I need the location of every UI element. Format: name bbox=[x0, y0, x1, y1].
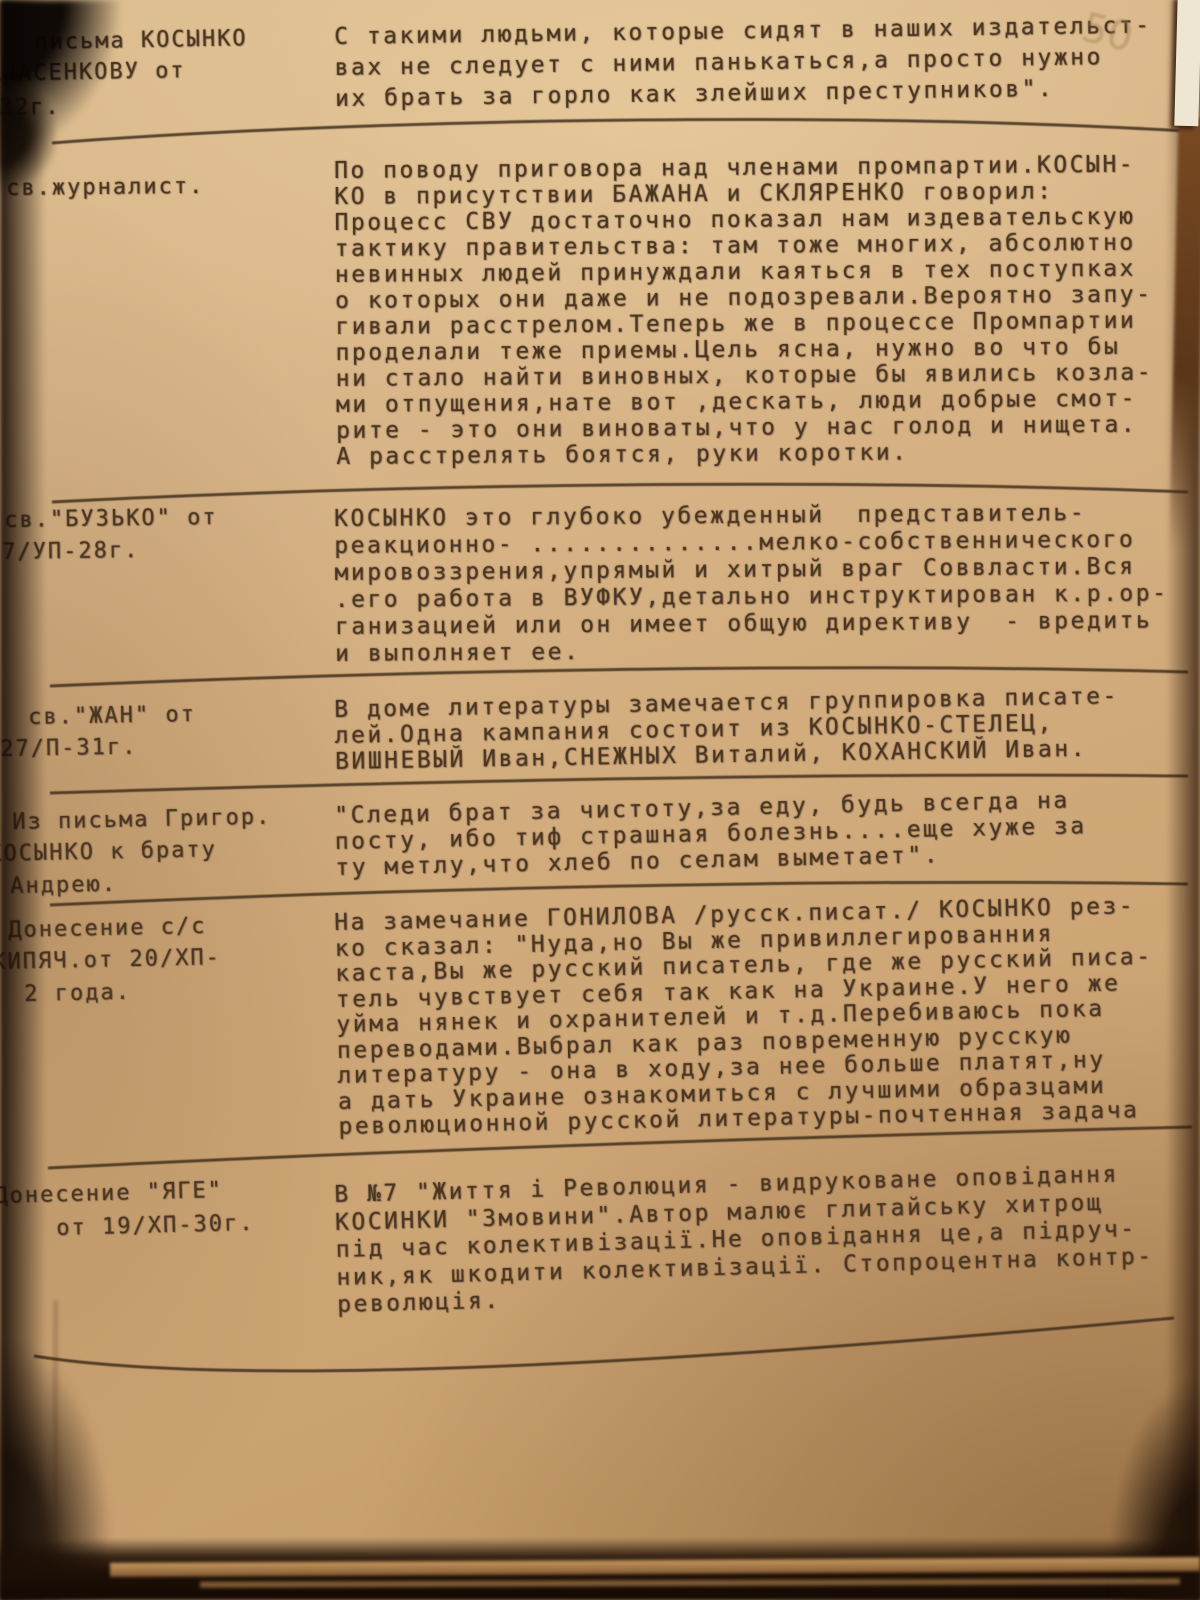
separator-line bbox=[34, 1318, 1174, 1371]
separator-lines bbox=[0, 0, 1200, 1600]
separator-line bbox=[52, 120, 1186, 143]
separator-line bbox=[48, 1127, 1192, 1168]
document-scan: письма КОСЫНКО ПАНАСЕНКОВУ от -32г. С та… bbox=[0, 0, 1200, 1600]
separator-line bbox=[50, 882, 1188, 905]
separator-line bbox=[50, 775, 1188, 793]
separator-line bbox=[52, 484, 1188, 502]
separator-line bbox=[50, 668, 1188, 686]
